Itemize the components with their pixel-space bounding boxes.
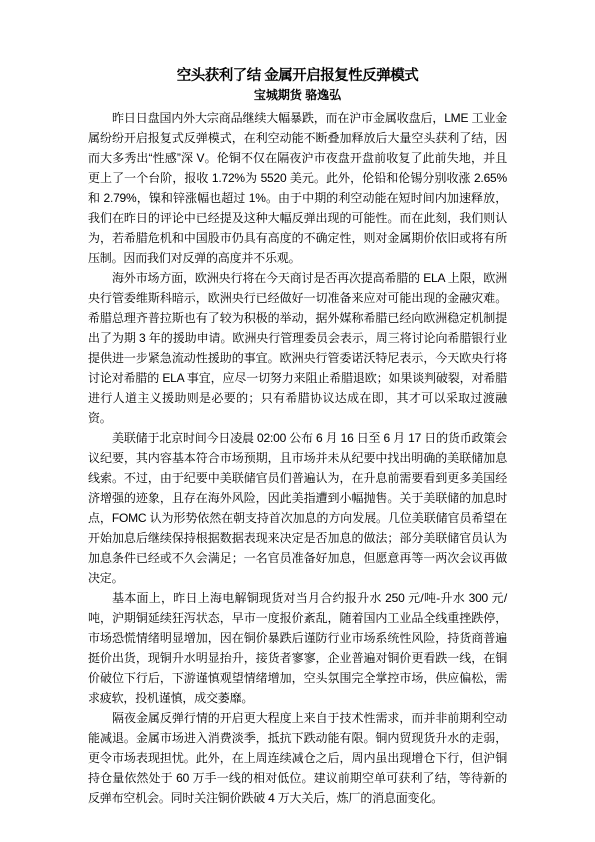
- paragraph-fundamentals: 基本面上，昨日上海电解铜现货对当月合约报升水 250 元/吨-升水 300 元/…: [88, 588, 507, 708]
- paragraph-overseas-markets: 海外市场方面，欧洲央行将在今天商讨是否再次提高希腊的 ELA 上限，欧洲央行管委…: [88, 268, 507, 428]
- document-title: 空头获利了结 金属开启报复性反弹模式: [88, 66, 507, 86]
- paragraph-fed-minutes: 美联储于北京时间今日凌晨 02:00 公布 6 月 16 日至 6 月 17 日…: [88, 428, 507, 588]
- paragraph-market-overview: 昨日日盘国内外大宗商品继续大幅暴跌，而在沪市金属收盘后，LME 工业金属纷纷开启…: [88, 108, 507, 268]
- paragraph-conclusion: 隔夜金属反弹行情的开启更大程度上来自于技术性需求，而并非前期利空动能减退。金属市…: [88, 708, 507, 808]
- document-author: 宝城期货 骆逸弘: [88, 86, 507, 105]
- document-page: 空头获利了结 金属开启报复性反弹模式 宝城期货 骆逸弘 昨日日盘国内外大宗商品继…: [0, 0, 595, 842]
